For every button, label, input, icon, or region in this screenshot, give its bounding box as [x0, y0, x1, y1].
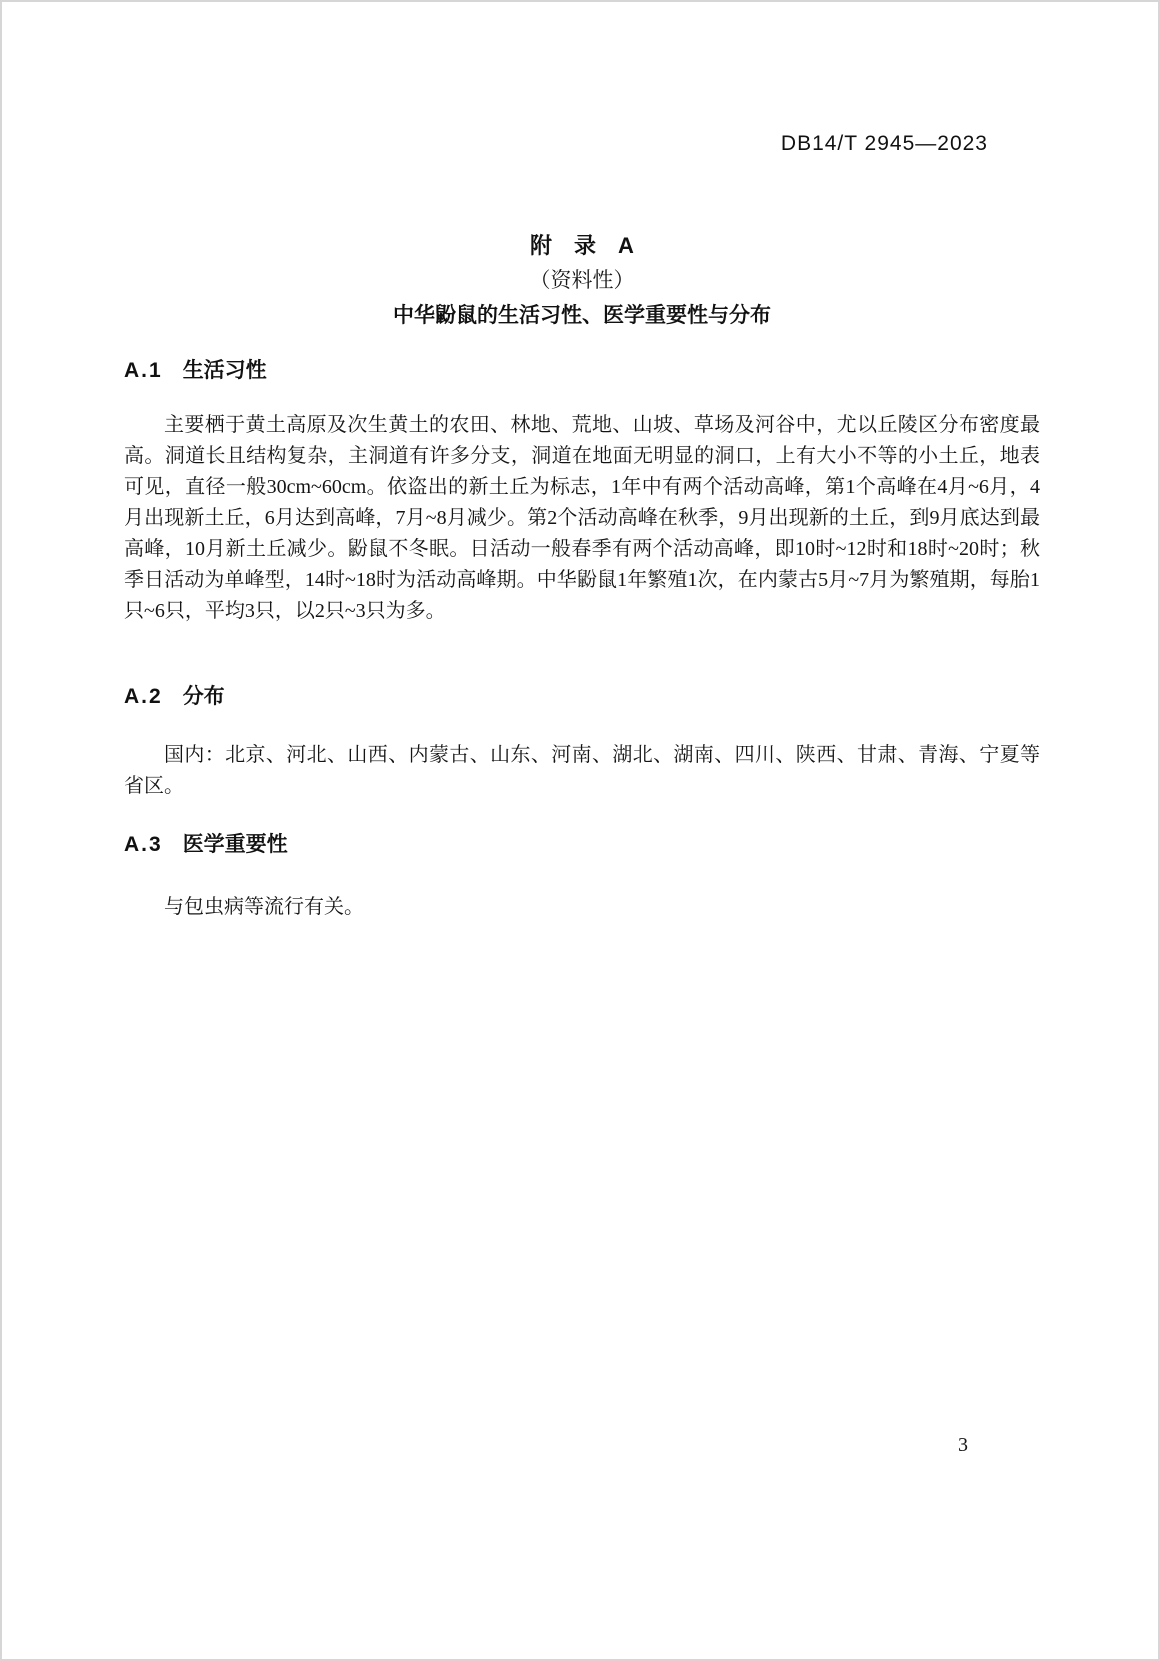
section-a1: A.1生活习性 主要栖于黄土高原及次生黄土的农田、林地、荒地、山坡、草场及河谷中…: [124, 358, 1040, 627]
section-a3-number: A.3: [124, 833, 163, 856]
appendix-title: 中华鼢鼠的生活习性、医学重要性与分布: [124, 298, 1040, 333]
section-a1-number: A.1: [124, 359, 163, 382]
section-a2-heading: A.2分布: [124, 684, 1040, 710]
section-a3-title: 医学重要性: [183, 833, 288, 856]
section-a2-paragraph: 国内：北京、河北、山西、内蒙古、山东、河南、湖北、湖南、四川、陕西、甘肃、青海、…: [124, 740, 1040, 802]
section-a3-paragraph: 与包虫病等流行有关。: [124, 892, 1040, 923]
section-a3-heading: A.3医学重要性: [124, 832, 1040, 858]
appendix-informative-note: （资料性）: [124, 263, 1040, 298]
section-a1-paragraph: 主要栖于黄土高原及次生黄土的农田、林地、荒地、山坡、草场及河谷中，尤以丘陵区分布…: [124, 410, 1040, 627]
document-page: DB14/T 2945—2023 附 录 A （资料性） 中华鼢鼠的生活习性、医…: [0, 0, 1160, 1661]
page-number: 3: [958, 1434, 968, 1457]
standard-doc-number: DB14/T 2945—2023: [781, 132, 988, 156]
section-a1-title: 生活习性: [183, 359, 267, 382]
appendix-title-block: 附 录 A （资料性） 中华鼢鼠的生活习性、医学重要性与分布: [124, 228, 1040, 333]
section-a2-number: A.2: [124, 685, 163, 708]
appendix-label: 附 录 A: [124, 228, 1040, 263]
section-a1-heading: A.1生活习性: [124, 358, 1040, 384]
section-a2: A.2分布 国内：北京、河北、山西、内蒙古、山东、河南、湖北、湖南、四川、陕西、…: [124, 684, 1040, 802]
section-a2-title: 分布: [183, 685, 225, 708]
section-a3: A.3医学重要性 与包虫病等流行有关。: [124, 832, 1040, 923]
